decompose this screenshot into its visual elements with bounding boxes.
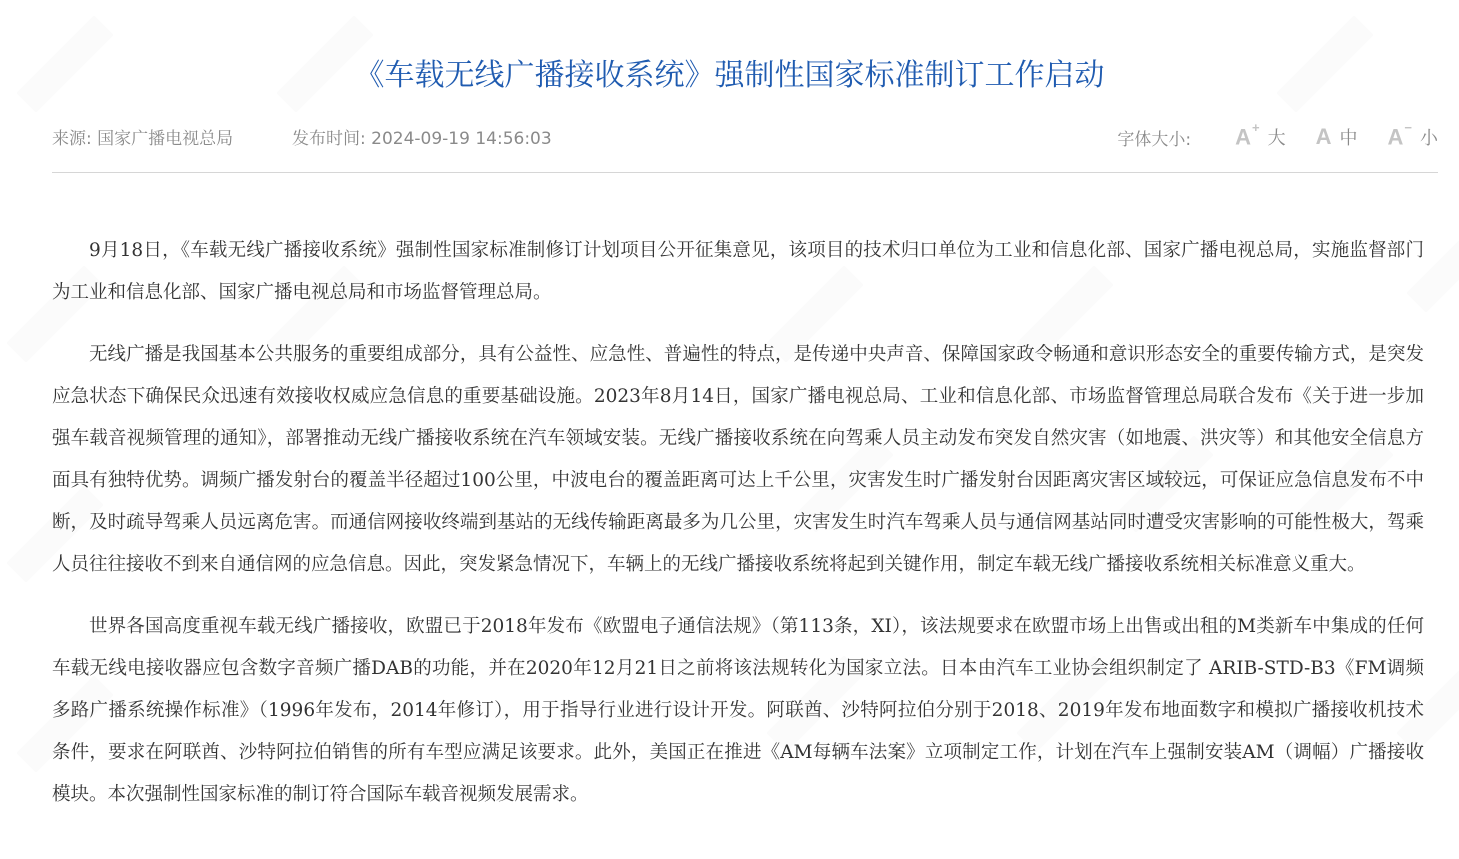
font-default-icon: A — [1316, 124, 1332, 150]
article-publish-time: 发布时间: 2024-09-19 14:56:03 — [292, 124, 552, 149]
article-title: 《车载无线广播接收系统》强制性国家标准制订工作启动 — [0, 56, 1459, 96]
font-size-large-button[interactable]: A+ 大 — [1235, 124, 1285, 150]
meta-divider — [52, 172, 1438, 173]
article-source: 来源: 国家广播电视总局 — [52, 124, 233, 149]
font-increase-icon: A+ — [1235, 124, 1259, 150]
font-size-medium-button[interactable]: A 中 — [1316, 124, 1358, 150]
font-size-small-label: 小 — [1420, 124, 1438, 150]
font-size-control: 字体大小: A+ 大 A 中 A− 小 — [1117, 124, 1438, 150]
font-size-large-label: 大 — [1268, 124, 1286, 150]
font-decrease-icon: A− — [1388, 124, 1412, 150]
article-body: 9月18日，《车载无线广播接收系统》强制性国家标准制修订计划项目公开征集意见，该… — [52, 230, 1424, 836]
article-paragraph: 无线广播是我国基本公共服务的重要组成部分，具有公益性、应急性、普遍性的特点，是传… — [52, 334, 1424, 586]
article-paragraph: 9月18日，《车载无线广播接收系统》强制性国家标准制修订计划项目公开征集意见，该… — [52, 230, 1424, 314]
font-size-medium-label: 中 — [1340, 124, 1358, 150]
font-size-label: 字体大小: — [1117, 125, 1191, 150]
article-paragraph: 世界各国高度重视车载无线广播接收，欧盟已于2018年发布《欧盟电子通信法规》（第… — [52, 606, 1424, 816]
article-meta: 来源: 国家广播电视总局 发布时间: 2024-09-19 14:56:03 字… — [52, 124, 1438, 152]
font-size-small-button[interactable]: A− 小 — [1388, 124, 1438, 150]
